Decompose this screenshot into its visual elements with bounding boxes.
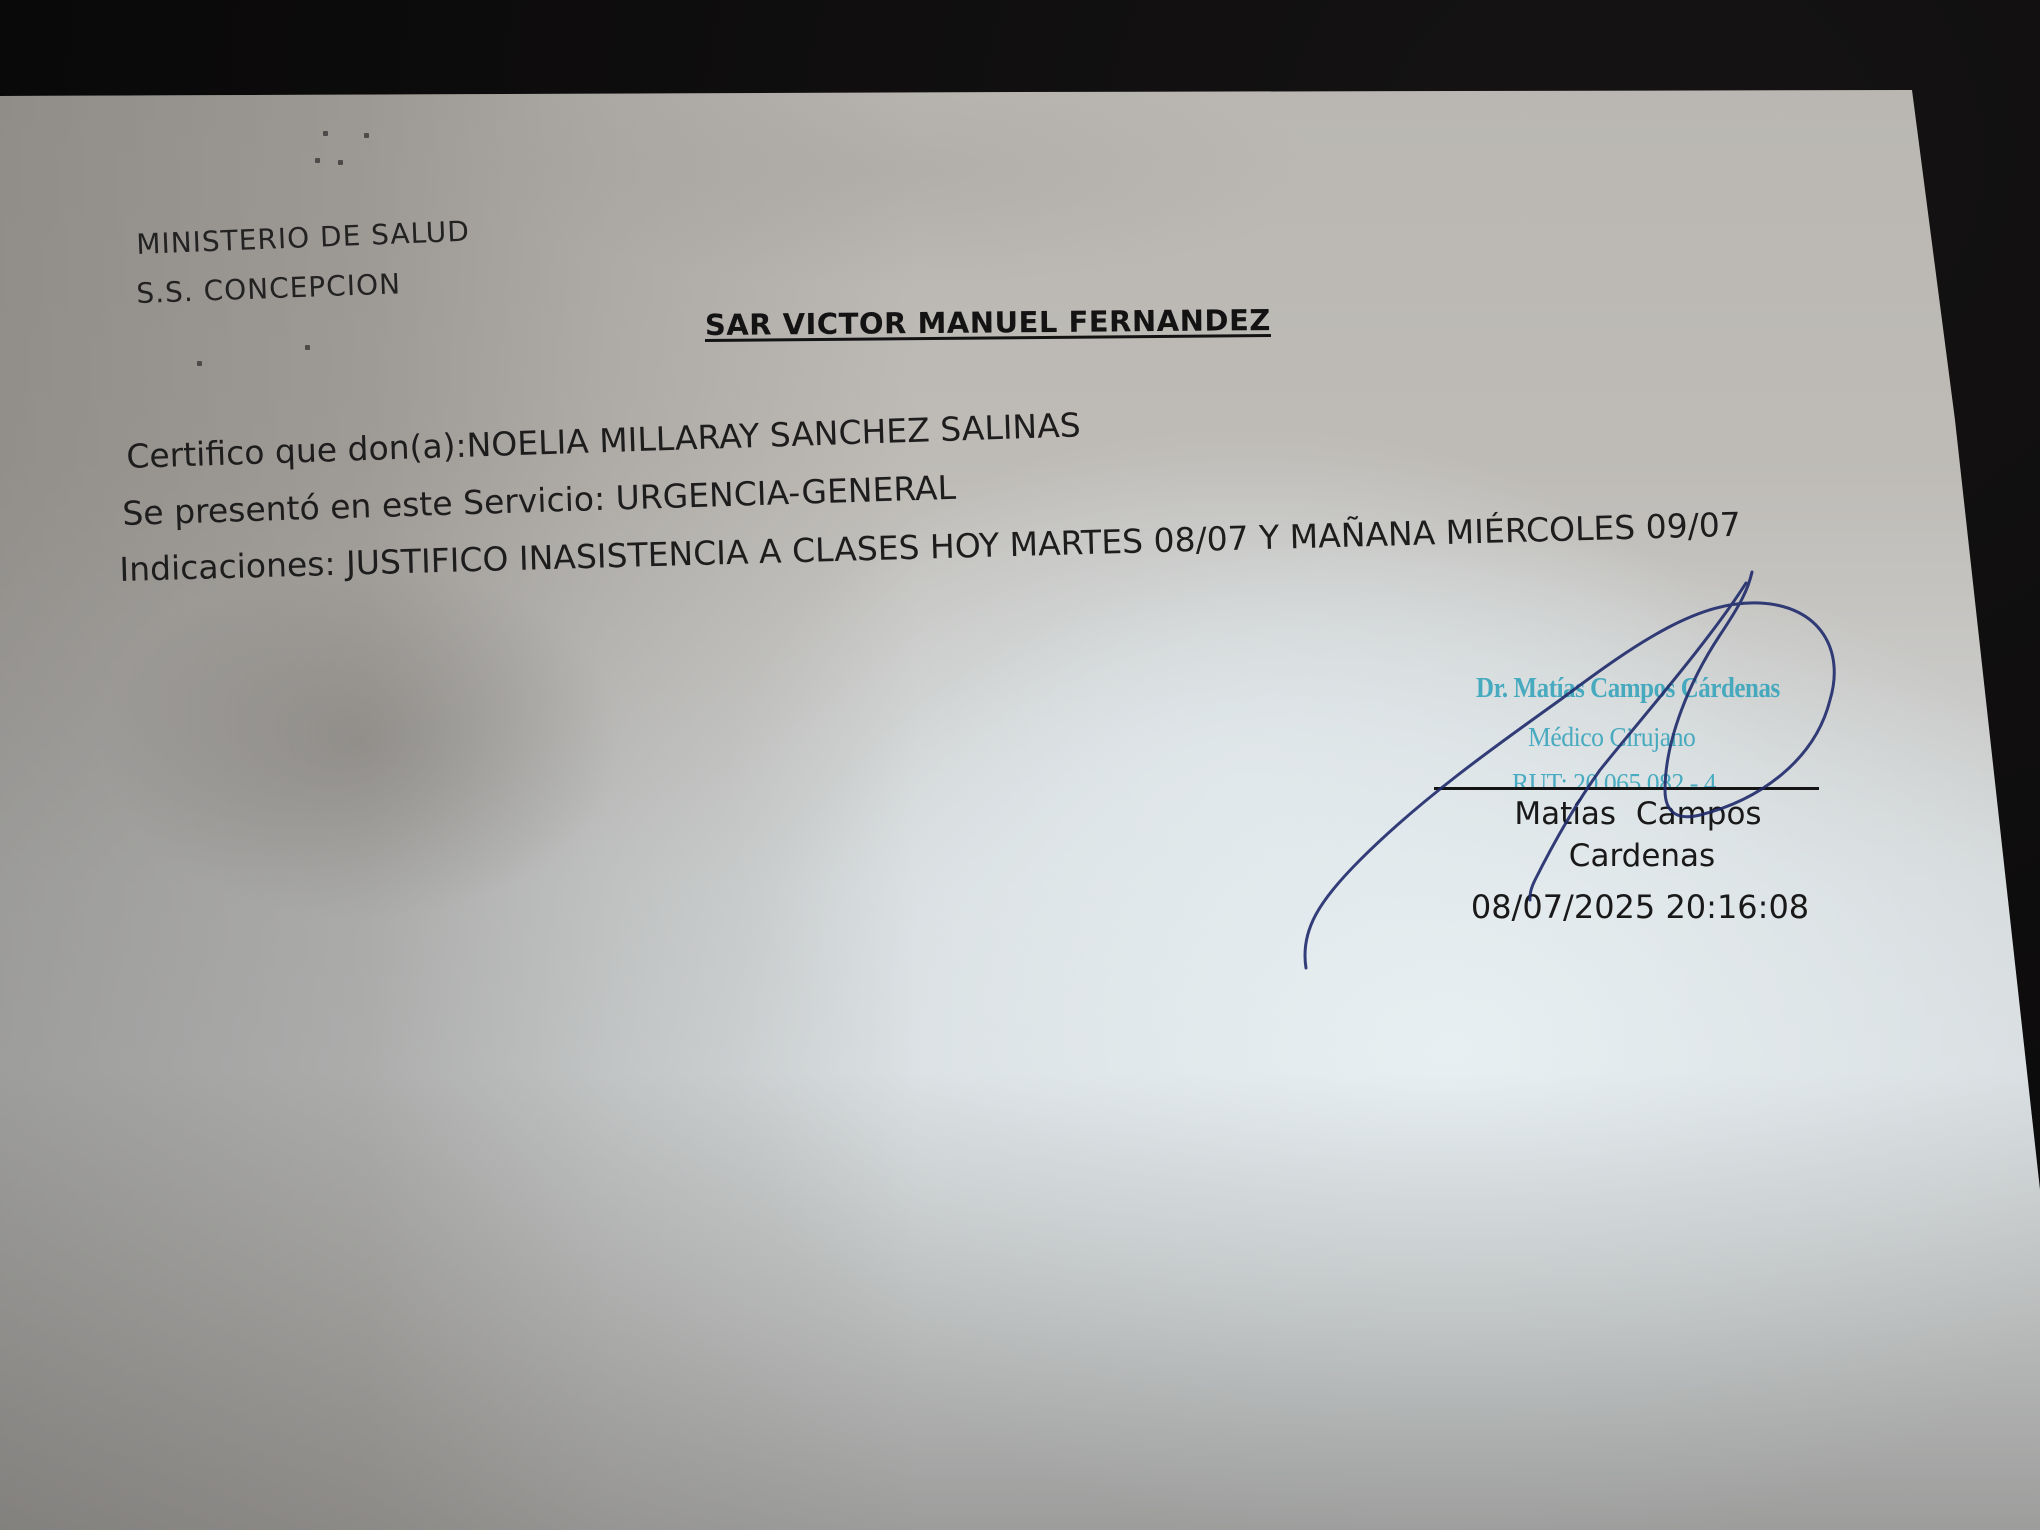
stamp-doctor-name: Dr. Matías Campos Cárdenas xyxy=(1476,672,1780,705)
paper-speck xyxy=(323,131,328,136)
stamp-specialty: Médico Cirujano xyxy=(1528,722,1695,753)
signature-datetime: 08/07/2025 20:16:08 xyxy=(1450,888,1830,926)
signer-name-first-line: Matías Campos xyxy=(1458,796,1818,832)
signature-line xyxy=(1434,787,1819,790)
photo-scene: MINISTERIO DE SALUD S.S. CONCEPCION SAR … xyxy=(0,0,2040,1530)
paper-speck xyxy=(338,160,343,165)
paper-speck xyxy=(364,133,369,138)
paper-speck xyxy=(315,158,320,163)
indications-label: Indicaciones: xyxy=(119,544,336,589)
facility-title: SAR VICTOR MANUEL FERNANDEZ xyxy=(705,303,1271,342)
signer-name-second-line: Cardenas xyxy=(1462,838,1822,874)
paper-speck xyxy=(197,361,202,366)
paper-speck xyxy=(305,345,310,350)
